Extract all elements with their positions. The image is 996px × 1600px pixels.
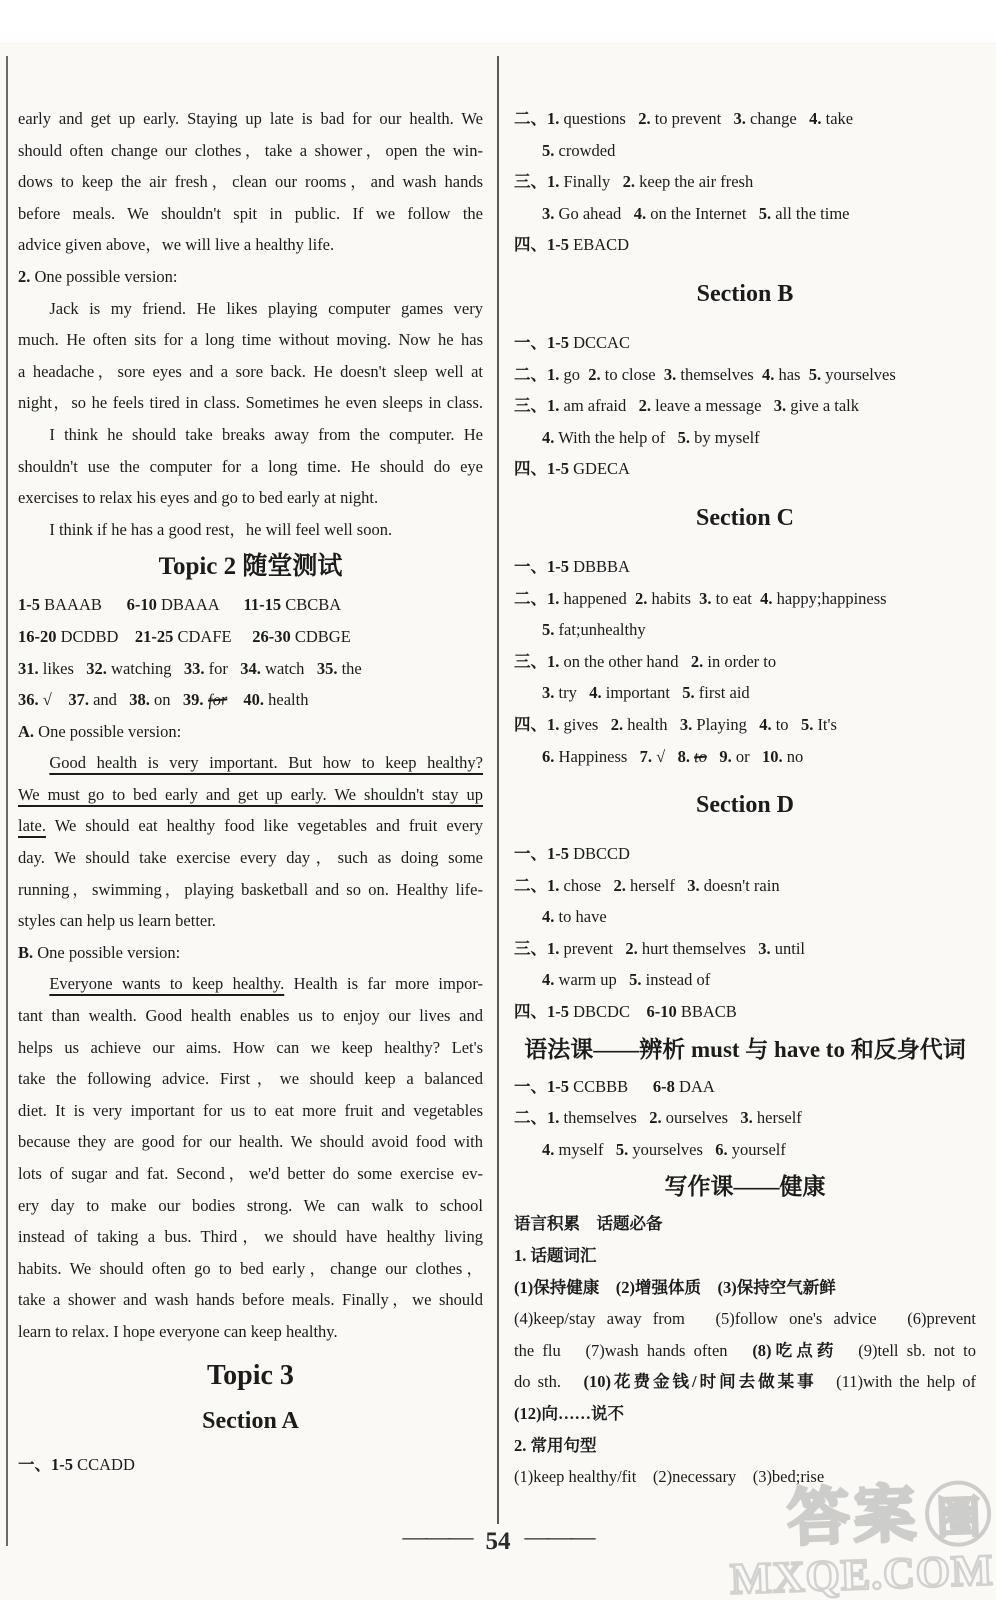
text-line: B. One possible version:	[18, 937, 483, 969]
text-line: day. We should take exercise every day，s…	[18, 842, 483, 874]
text-line: 4. warm up 5. instead of	[514, 964, 976, 996]
text-line: 二、1. questions 2. to prevent 3. change 4…	[514, 103, 976, 135]
text-line: 4. With the help of 5. by myself	[514, 422, 976, 454]
watermark-brand-row: 答案 圈	[727, 1479, 993, 1554]
text-line: 2. 常用句型	[514, 1430, 976, 1462]
scanned-answer-page: early and get up early. Staying up late …	[0, 0, 996, 1600]
text-line: 36. √ 37. and 38. on 39. for 40. health	[18, 684, 483, 716]
text-line: 四、1. gives 2. health 3. Playing 4. to 5.…	[514, 709, 976, 741]
text-line: 一、1-5 DCCAC	[514, 327, 976, 359]
text-line: advice given above，we will live a health…	[18, 229, 483, 261]
watermark-circle-logo: 圈	[924, 1479, 992, 1547]
text-line: 三、1. prevent 2. hurt themselves 3. until	[514, 933, 976, 965]
text-line: Jack is my friend. He likes playing comp…	[18, 293, 483, 325]
right-column: 二、1. questions 2. to prevent 3. change 4…	[514, 103, 976, 1493]
text-line: learn to relax. I hope everyone can keep…	[18, 1316, 483, 1348]
text-line: lots of sugar and fat. Second，we'd bette…	[18, 1158, 483, 1190]
text-line: diet. It is very important for us to eat…	[18, 1095, 483, 1127]
text-line: 16-20 DCDBD 21-25 CDAFE 26-30 CDBGE	[18, 621, 483, 653]
watermark-domain-text: MXQE.COM	[729, 1547, 994, 1600]
section-heading: Section A	[18, 1406, 483, 1436]
text-line: 一、1-5 CCBBB 6-8 DAA	[514, 1071, 976, 1103]
text-line: 4. to have	[514, 901, 976, 933]
text-line: 5. crowded	[514, 135, 976, 167]
text-line: night，so he feels tired in class. Someti…	[18, 387, 483, 419]
section-heading: Section B	[514, 279, 976, 309]
left-column: early and get up early. Staying up late …	[18, 103, 483, 1480]
text-line: take the following advice. First，we shou…	[18, 1063, 483, 1095]
text-line: 4. myself 5. yourselves 6. yourself	[514, 1134, 976, 1166]
text-line: (4)keep/stay away from (5)follow one's a…	[514, 1303, 976, 1335]
text-line: tant than wealth. Good health enables us…	[18, 1000, 483, 1032]
section-heading: Section C	[514, 503, 976, 533]
text-line: 四、1-5 DBCDC 6-10 BBACB	[514, 996, 976, 1028]
text-line: styles can help us learn better.	[18, 905, 483, 937]
text-line: shouldn't use the computer for a long ti…	[18, 451, 483, 483]
text-line: 6. Happiness 7. √ 8. to 9. or 10. no	[514, 741, 976, 773]
text-line: exercises to relax his eyes and go to be…	[18, 482, 483, 514]
text-line: I think if he has a good rest，he will fe…	[18, 514, 483, 546]
text-line: should often change our clothes，take a s…	[18, 135, 483, 167]
text-line: running，swimming，playing basketball and …	[18, 874, 483, 906]
text-line: helps us achieve our aims. How can we ke…	[18, 1032, 483, 1064]
text-line: 二、1. happened 2. habits 3. to eat 4. hap…	[514, 583, 976, 615]
text-line: before meals. We shouldn't spit in publi…	[18, 198, 483, 230]
text-line: 语言积累 话题必备	[514, 1208, 976, 1240]
text-line: 31. likes 32. watching 33. for 34. watch…	[18, 653, 483, 685]
text-line: 3. try 4. important 5. first aid	[514, 677, 976, 709]
text-line: habits. We should often go to bed early，…	[18, 1253, 483, 1285]
text-line: 一、1-5 CCADD	[18, 1449, 483, 1481]
section-heading: Section D	[514, 790, 976, 820]
footer-dash-right: ———	[525, 1524, 594, 1551]
text-line: 1-5 BAAAB 6-10 DBAAA 11-15 CBCBA	[18, 589, 483, 621]
text-line: a headache，sore eyes and a sore back. He…	[18, 356, 483, 388]
watermark-brand-text: 答案	[786, 1483, 920, 1552]
column-divider-rule	[497, 56, 499, 1524]
text-line: because they are good for our health. We…	[18, 1126, 483, 1158]
watermark: 答案 圈 MXQE.COM	[727, 1479, 994, 1600]
text-line: 三、1. Finally 2. keep the air fresh	[514, 166, 976, 198]
text-line: do sth. (10)花费金钱/时间去做某事 (11)with the hel…	[514, 1366, 976, 1398]
text-line: Good health is very important. But how t…	[18, 747, 483, 779]
text-line: 一、1-5 DBBBA	[514, 551, 976, 583]
text-line: Everyone wants to keep healthy. Health i…	[18, 968, 483, 1000]
text-line: I think he should take breaks away from …	[18, 419, 483, 451]
footer-dash-left: ———	[403, 1524, 472, 1551]
text-line: dows to keep the air fresh，clean our roo…	[18, 166, 483, 198]
text-line: late. We should eat healthy food like ve…	[18, 810, 483, 842]
text-line: A. One possible version:	[18, 716, 483, 748]
text-line: 二、1. chose 2. herself 3. doesn't rain	[514, 870, 976, 902]
section-heading: Topic 2 随堂测试	[18, 552, 483, 582]
section-heading: Topic 3	[18, 1359, 483, 1393]
text-line: take a shower and wash hands before meal…	[18, 1284, 483, 1316]
text-line: (1)保持健康 (2)增强体质 (3)保持空气新鲜	[514, 1272, 976, 1304]
text-line: 三、1. am afraid 2. leave a message 3. giv…	[514, 390, 976, 422]
watermark-circle-char: 圈	[935, 1481, 981, 1546]
text-line: 5. fat;unhealthy	[514, 614, 976, 646]
text-line: early and get up early. Staying up late …	[18, 103, 483, 135]
text-line: 一、1-5 DBCCD	[514, 838, 976, 870]
text-line: 3. Go ahead 4. on the Internet 5. all th…	[514, 198, 976, 230]
text-line: ery day to make our bodies strong. We ca…	[18, 1190, 483, 1222]
text-line: (12)向……说不	[514, 1398, 976, 1430]
text-line: 二、1. go 2. to close 3. themselves 4. has…	[514, 359, 976, 391]
text-line: 四、1-5 EBACD	[514, 229, 976, 261]
text-line: much. He often sits for a long time with…	[18, 324, 483, 356]
text-line: 三、1. on the other hand 2. in order to	[514, 646, 976, 678]
text-line: 2. One possible version:	[18, 261, 483, 293]
text-line: 1. 话题词汇	[514, 1240, 976, 1272]
page-number: 54	[472, 1528, 525, 1555]
text-line: We must go to bed early and get up early…	[18, 779, 483, 811]
section-heading: 语法课——辨析 must 与 have to 和反身代词	[514, 1034, 976, 1065]
text-line: instead of taking a bus. Third，we should…	[18, 1221, 483, 1253]
left-border-rule	[6, 56, 8, 1546]
section-heading: 写作课——健康	[514, 1171, 976, 1202]
text-line: 四、1-5 GDECA	[514, 453, 976, 485]
text-line: 二、1. themselves 2. ourselves 3. herself	[514, 1102, 976, 1134]
text-line: the flu (7)wash hands often (8)吃点药 (9)te…	[514, 1335, 976, 1367]
